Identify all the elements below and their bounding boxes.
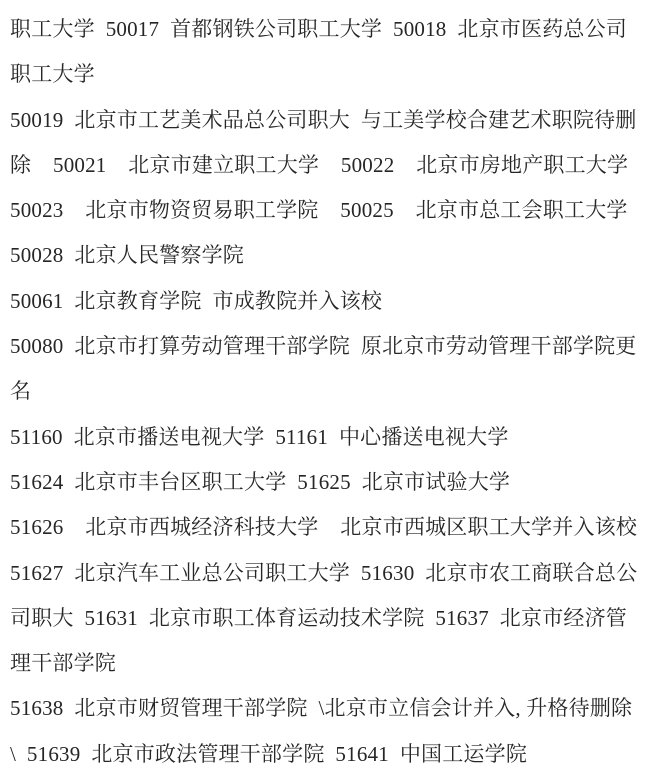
text-line: 职工大学 [10,52,656,97]
text-line: 名 [10,369,656,414]
text-line: 51624 北京市丰台区职工大学 51625 北京市试验大学 [10,460,656,505]
text-line: 51638 北京市财贸管理干部学院 \北京市立信会计并入, 升格待删除 [10,686,656,731]
document-page: 职工大学 50017 首都钢铁公司职工大学 50018 北京市医药总公司职工大学… [0,0,666,784]
text-line: 51160 北京市播送电视大学 51161 中心播送电视大学 [10,415,656,460]
text-line: 51626 北京市西城经济科技大学 北京市西城区职工大学并入该校 [10,505,656,550]
text-line: 司职大 51631 北京市职工体育运动技术学院 51637 北京市经济管 [10,596,656,641]
text-line: 职工大学 50017 首都钢铁公司职工大学 50018 北京市医药总公司 [10,7,656,52]
text-line: 50028 北京人民警察学院 [10,233,656,278]
text-line: 50080 北京市打算劳动管理干部学院 原北京市劳动管理干部学院更 [10,324,656,369]
text-line: 除 50021 北京市建立职工大学 50022 北京市房地产职工大学 [10,143,656,188]
school-code-list: 职工大学 50017 首都钢铁公司职工大学 50018 北京市医药总公司职工大学… [0,0,666,777]
text-line: 理干部学院 [10,641,656,686]
text-line: 50023 北京市物资贸易职工学院 50025 北京市总工会职工大学 [10,188,656,233]
text-line: \ 51639 北京市政法管理干部学院 51641 中国工运学院 [10,732,656,777]
text-line: 50061 北京教育学院 市成教院并入该校 [10,279,656,324]
text-line: 50019 北京市工艺美术品总公司职大 与工美学校合建艺术职院待删 [10,98,656,143]
text-line: 51627 北京汽车工业总公司职工大学 51630 北京市农工商联合总公 [10,551,656,596]
